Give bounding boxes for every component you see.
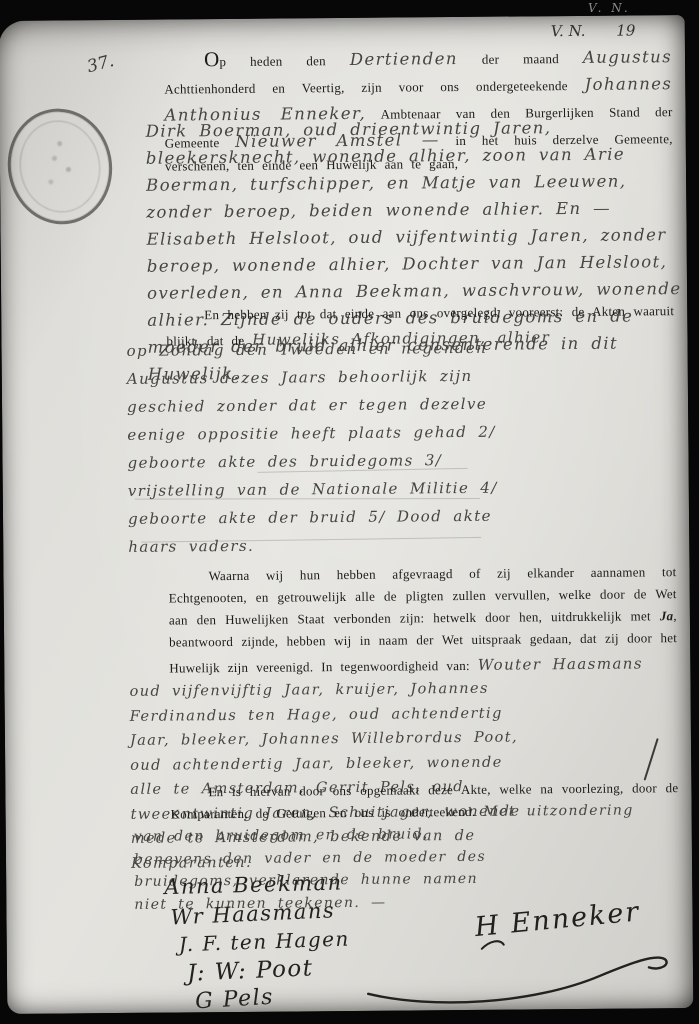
act-number: 37.	[85, 51, 116, 77]
page-number: 19	[616, 21, 635, 39]
bleedthrough-note: V. N.	[588, 1, 631, 15]
vows-paragraph: Waarna wij hun hebben afgevraagd of zij …	[168, 561, 677, 681]
documents-handwritten-block: op Zondag den Tweeden en negenden August…	[126, 334, 500, 561]
registration-note: V. N. 19	[551, 21, 681, 40]
closing-hand-inline: Met uitzondering	[483, 803, 634, 820]
intro-print-2: der maand	[482, 51, 559, 67]
photographed-document-page: { "header": { "vn_bleed": "V. N.", "vn_l…	[0, 0, 699, 1024]
intro-hand-month: Augustus	[583, 47, 672, 67]
ink-stamp-icon	[0, 100, 122, 233]
pen-flourish-mark	[644, 738, 659, 781]
vows-print-1: Waarna wij hun hebben afgevraagd of zij …	[169, 564, 677, 627]
document-paper: V. N. 19 37. Op heden den Dertienden der…	[0, 15, 693, 1014]
vn-label: V. N.	[551, 22, 586, 40]
signatures-block: Anna Beekman Wr Haasmans J. F. ten Hagen…	[164, 870, 344, 1014]
vows-hand-inline: Wouter Haasmans	[478, 654, 643, 673]
vows-ja-word: Ja	[660, 608, 674, 623]
closing-paragraph: En is hiervan door ons opgemaakt deze Ak…	[170, 777, 678, 826]
signature-flourish-icon	[362, 933, 678, 1021]
intro-hand-date: Dertienden	[350, 49, 458, 69]
intro-print-3: Achttienhonderd en Veertig, zijn voor on…	[164, 78, 568, 97]
intro-print-1: Op heden den	[204, 53, 326, 69]
ink-stamp-inner	[12, 114, 107, 219]
